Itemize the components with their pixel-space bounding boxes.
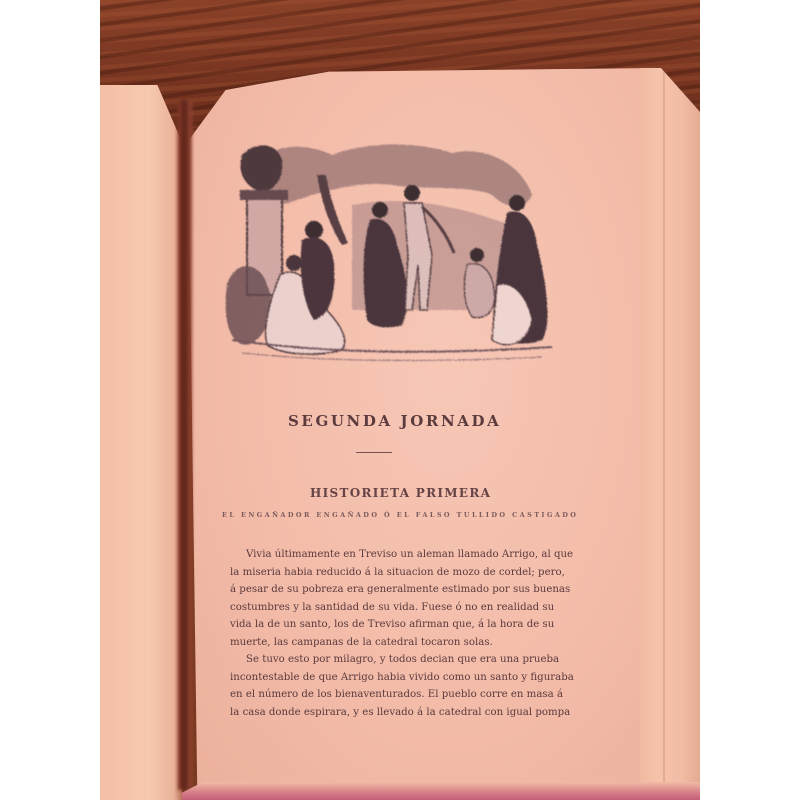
text-line: á pesar de su pobreza era generalmente e… xyxy=(230,581,554,599)
body-text: Vivia últimamente en Treviso un aleman l… xyxy=(230,546,554,721)
text-line: incontestable de que Arrigo habia vivido… xyxy=(230,669,554,687)
text-line: la miseria habia reducido á la situacion… xyxy=(230,564,554,582)
text-line: vida la de un santo, los de Treviso afir… xyxy=(230,616,554,634)
title-divider xyxy=(356,452,392,453)
text-line: muerte, las campanas de la catedral toca… xyxy=(230,634,554,652)
text-line: en el número de los bienaventurados. El … xyxy=(230,686,554,704)
left-page xyxy=(100,85,182,800)
text-line: Vivia últimamente en Treviso un aleman l… xyxy=(230,546,554,564)
page-edges xyxy=(640,68,700,800)
text-line: la casa donde espirara, y es llevado á l… xyxy=(230,704,554,722)
story-title: HISTORIETA PRIMERA xyxy=(310,486,491,500)
text-line: costumbres y la santidad de su vida. Fue… xyxy=(230,599,554,617)
story-subtitle: EL ENGAÑADOR ENGAÑADO Ó EL FALSO TULLIDO… xyxy=(222,511,578,519)
book-gutter xyxy=(178,100,192,790)
page-bottom-edge xyxy=(182,782,700,800)
text-line: Se tuvo esto por milagro, y todos decian… xyxy=(230,651,554,669)
book-photo: SEGUNDA JORNADA HISTORIETA PRIMERA EL EN… xyxy=(100,0,700,800)
section-title: SEGUNDA JORNADA xyxy=(288,412,501,430)
engraving-illustration xyxy=(222,135,562,370)
